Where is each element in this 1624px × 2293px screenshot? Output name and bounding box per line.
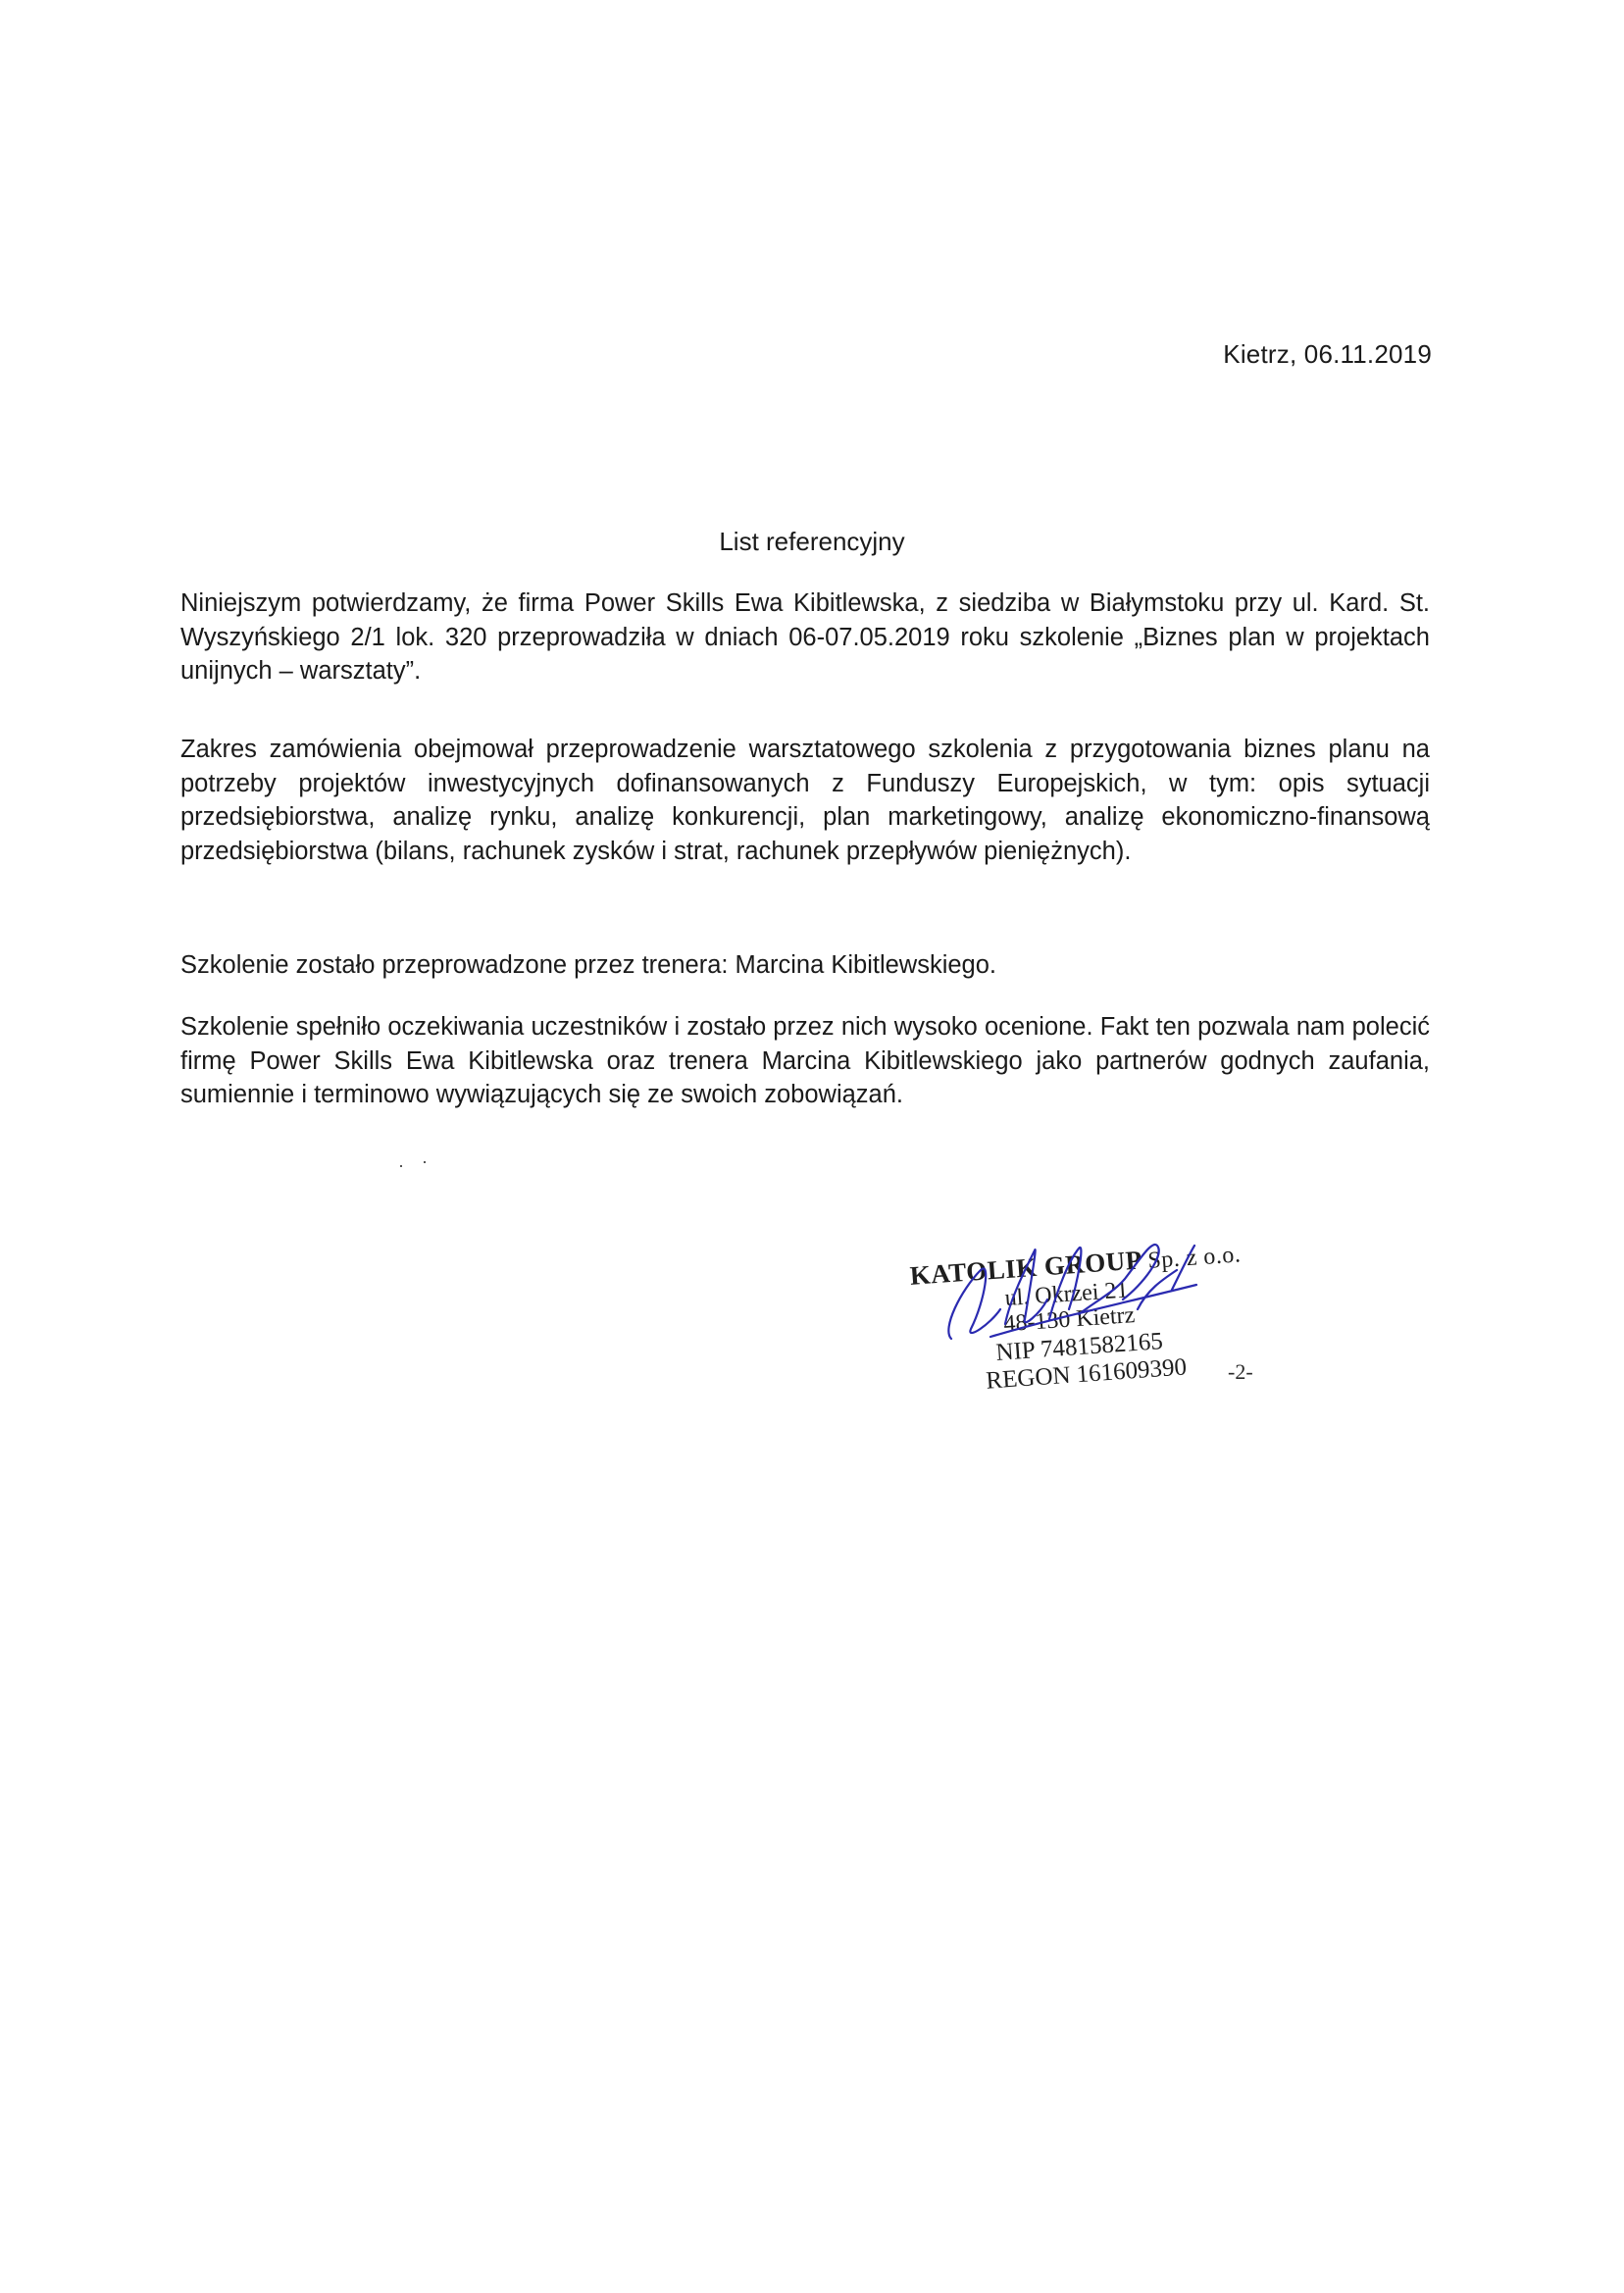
paragraph-text: Szkolenie spełniło oczekiwania uczestnik… <box>180 1010 1430 1112</box>
paragraph-trainer: Szkolenie zostało przeprowadzone przez t… <box>180 948 1430 983</box>
paragraph-confirmation: Niniejszym potwierdzamy, że firma Power … <box>180 586 1430 688</box>
place-and-date: Kietrz, 06.11.2019 <box>1223 339 1432 370</box>
page-number: -2- <box>1228 1359 1253 1385</box>
paragraph-text: Niniejszym potwierdzamy, że firma Power … <box>180 586 1430 688</box>
scan-specks <box>400 1161 420 1169</box>
document-page: Kietrz, 06.11.2019 List referencyjny Nin… <box>0 0 1624 2293</box>
stamp-company-suffix: Sp. z o.o. <box>1147 1242 1243 1274</box>
company-stamp: KATOLIK GROUP Sp. z o.o. ul. Okrzei 21 4… <box>907 1211 1272 1412</box>
paragraph-scope: Zakres zamówienia obejmował przeprowadze… <box>180 733 1430 868</box>
paragraph-text: Szkolenie zostało przeprowadzone przez t… <box>180 948 1430 983</box>
paragraph-text: Zakres zamówienia obejmował przeprowadze… <box>180 733 1430 868</box>
paragraph-recommendation: Szkolenie spełniło oczekiwania uczestnik… <box>180 1010 1430 1112</box>
document-title: List referencyjny <box>0 527 1624 557</box>
